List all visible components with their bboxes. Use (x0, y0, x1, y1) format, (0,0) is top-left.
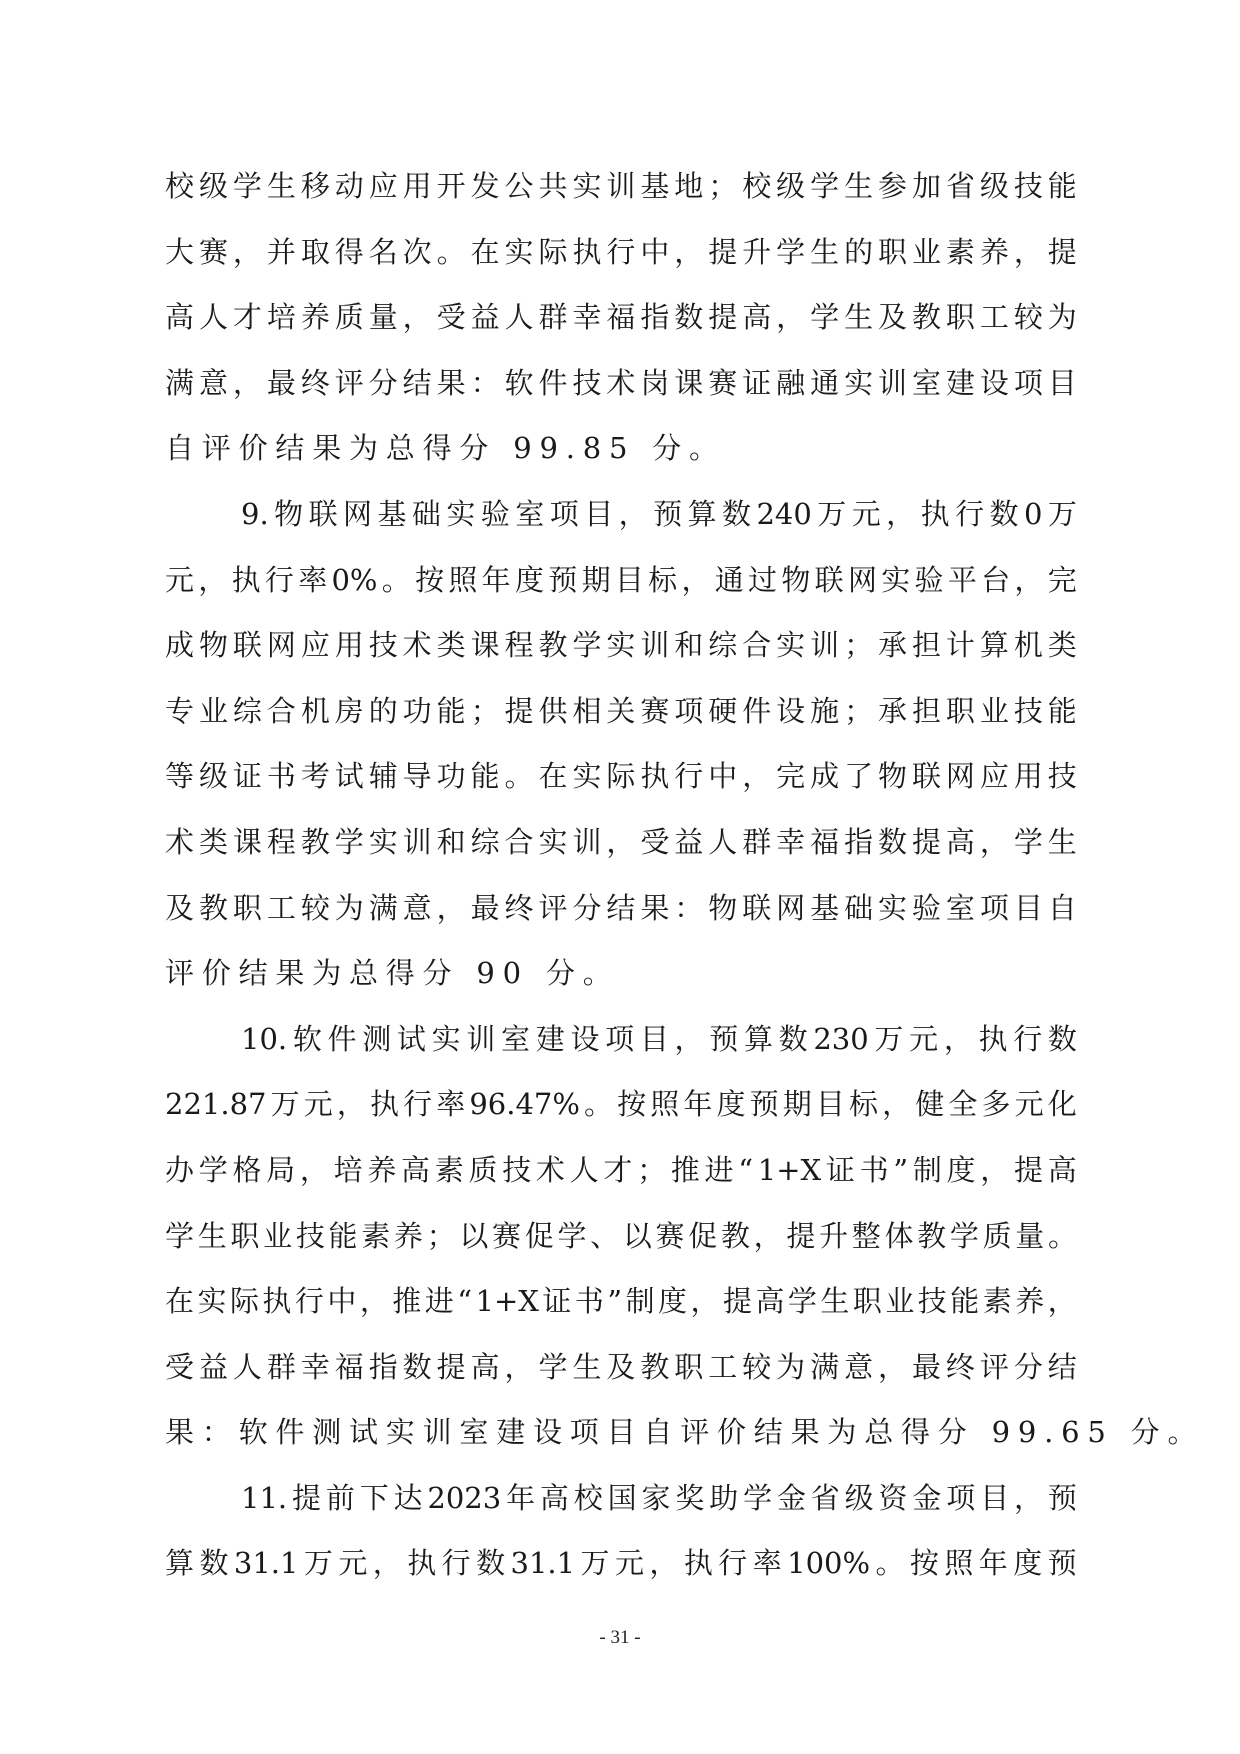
text-line: 及教职工较为满意，最终评分结果：物联网基础实验室项目自 (165, 888, 1077, 954)
text-line: 221.87万元，执行率96.47%。按照年度预期目标，健全多元化 (165, 1084, 1077, 1150)
document-page: 校级学生移动应用开发公共实训基地；校级学生参加省级技能大赛，并取得名次。在实际执… (0, 0, 1240, 1754)
body-text: 校级学生移动应用开发公共实训基地；校级学生参加省级技能大赛，并取得名次。在实际执… (165, 166, 1077, 1609)
text-line: 受益人群幸福指数提高，学生及教职工较为满意，最终评分结 (165, 1347, 1077, 1413)
text-line: 9.物联网基础实验室项目，预算数240万元，执行数0万 (165, 494, 1077, 560)
text-line: 评价结果为总得分 90 分。 (165, 953, 1077, 1019)
text-line: 成物联网应用技术类课程教学实训和综合实训；承担计算机类 (165, 625, 1077, 691)
text-line: 元，执行率0%。按照年度预期目标，通过物联网实验平台，完 (165, 560, 1077, 626)
text-line: 校级学生移动应用开发公共实训基地；校级学生参加省级技能 (165, 166, 1077, 232)
text-line: 11.提前下达2023年高校国家奖助学金省级资金项目，预 (165, 1478, 1077, 1544)
page-number: - 31 - (0, 1627, 1240, 1649)
text-line: 满意，最终评分结果：软件技术岗课赛证融通实训室建设项目 (165, 363, 1077, 429)
text-line: 高人才培养质量，受益人群幸福指数提高，学生及教职工较为 (165, 297, 1077, 363)
text-line: 在实际执行中，推进“1+X证书”制度，提高学生职业技能素养， (165, 1281, 1077, 1347)
text-line: 自评价结果为总得分 99.85 分。 (165, 428, 1077, 494)
text-line: 算数31.1万元，执行数31.1万元，执行率100%。按照年度预 (165, 1543, 1077, 1609)
text-line: 等级证书考试辅导功能。在实际执行中，完成了物联网应用技 (165, 756, 1077, 822)
text-line: 10.软件测试实训室建设项目，预算数230万元，执行数 (165, 1019, 1077, 1085)
text-line: 学生职业技能素养；以赛促学、以赛促教，提升整体教学质量。 (165, 1216, 1077, 1282)
text-line: 果：软件测试实训室建设项目自评价结果为总得分 99.65 分。 (165, 1412, 1077, 1478)
text-line: 办学格局，培养高素质技术人才；推进“1+X证书”制度，提高 (165, 1150, 1077, 1216)
text-line: 术类课程教学实训和综合实训，受益人群幸福指数提高，学生 (165, 822, 1077, 888)
text-line: 专业综合机房的功能；提供相关赛项硬件设施；承担职业技能 (165, 691, 1077, 757)
text-line: 大赛，并取得名次。在实际执行中，提升学生的职业素养，提 (165, 232, 1077, 298)
